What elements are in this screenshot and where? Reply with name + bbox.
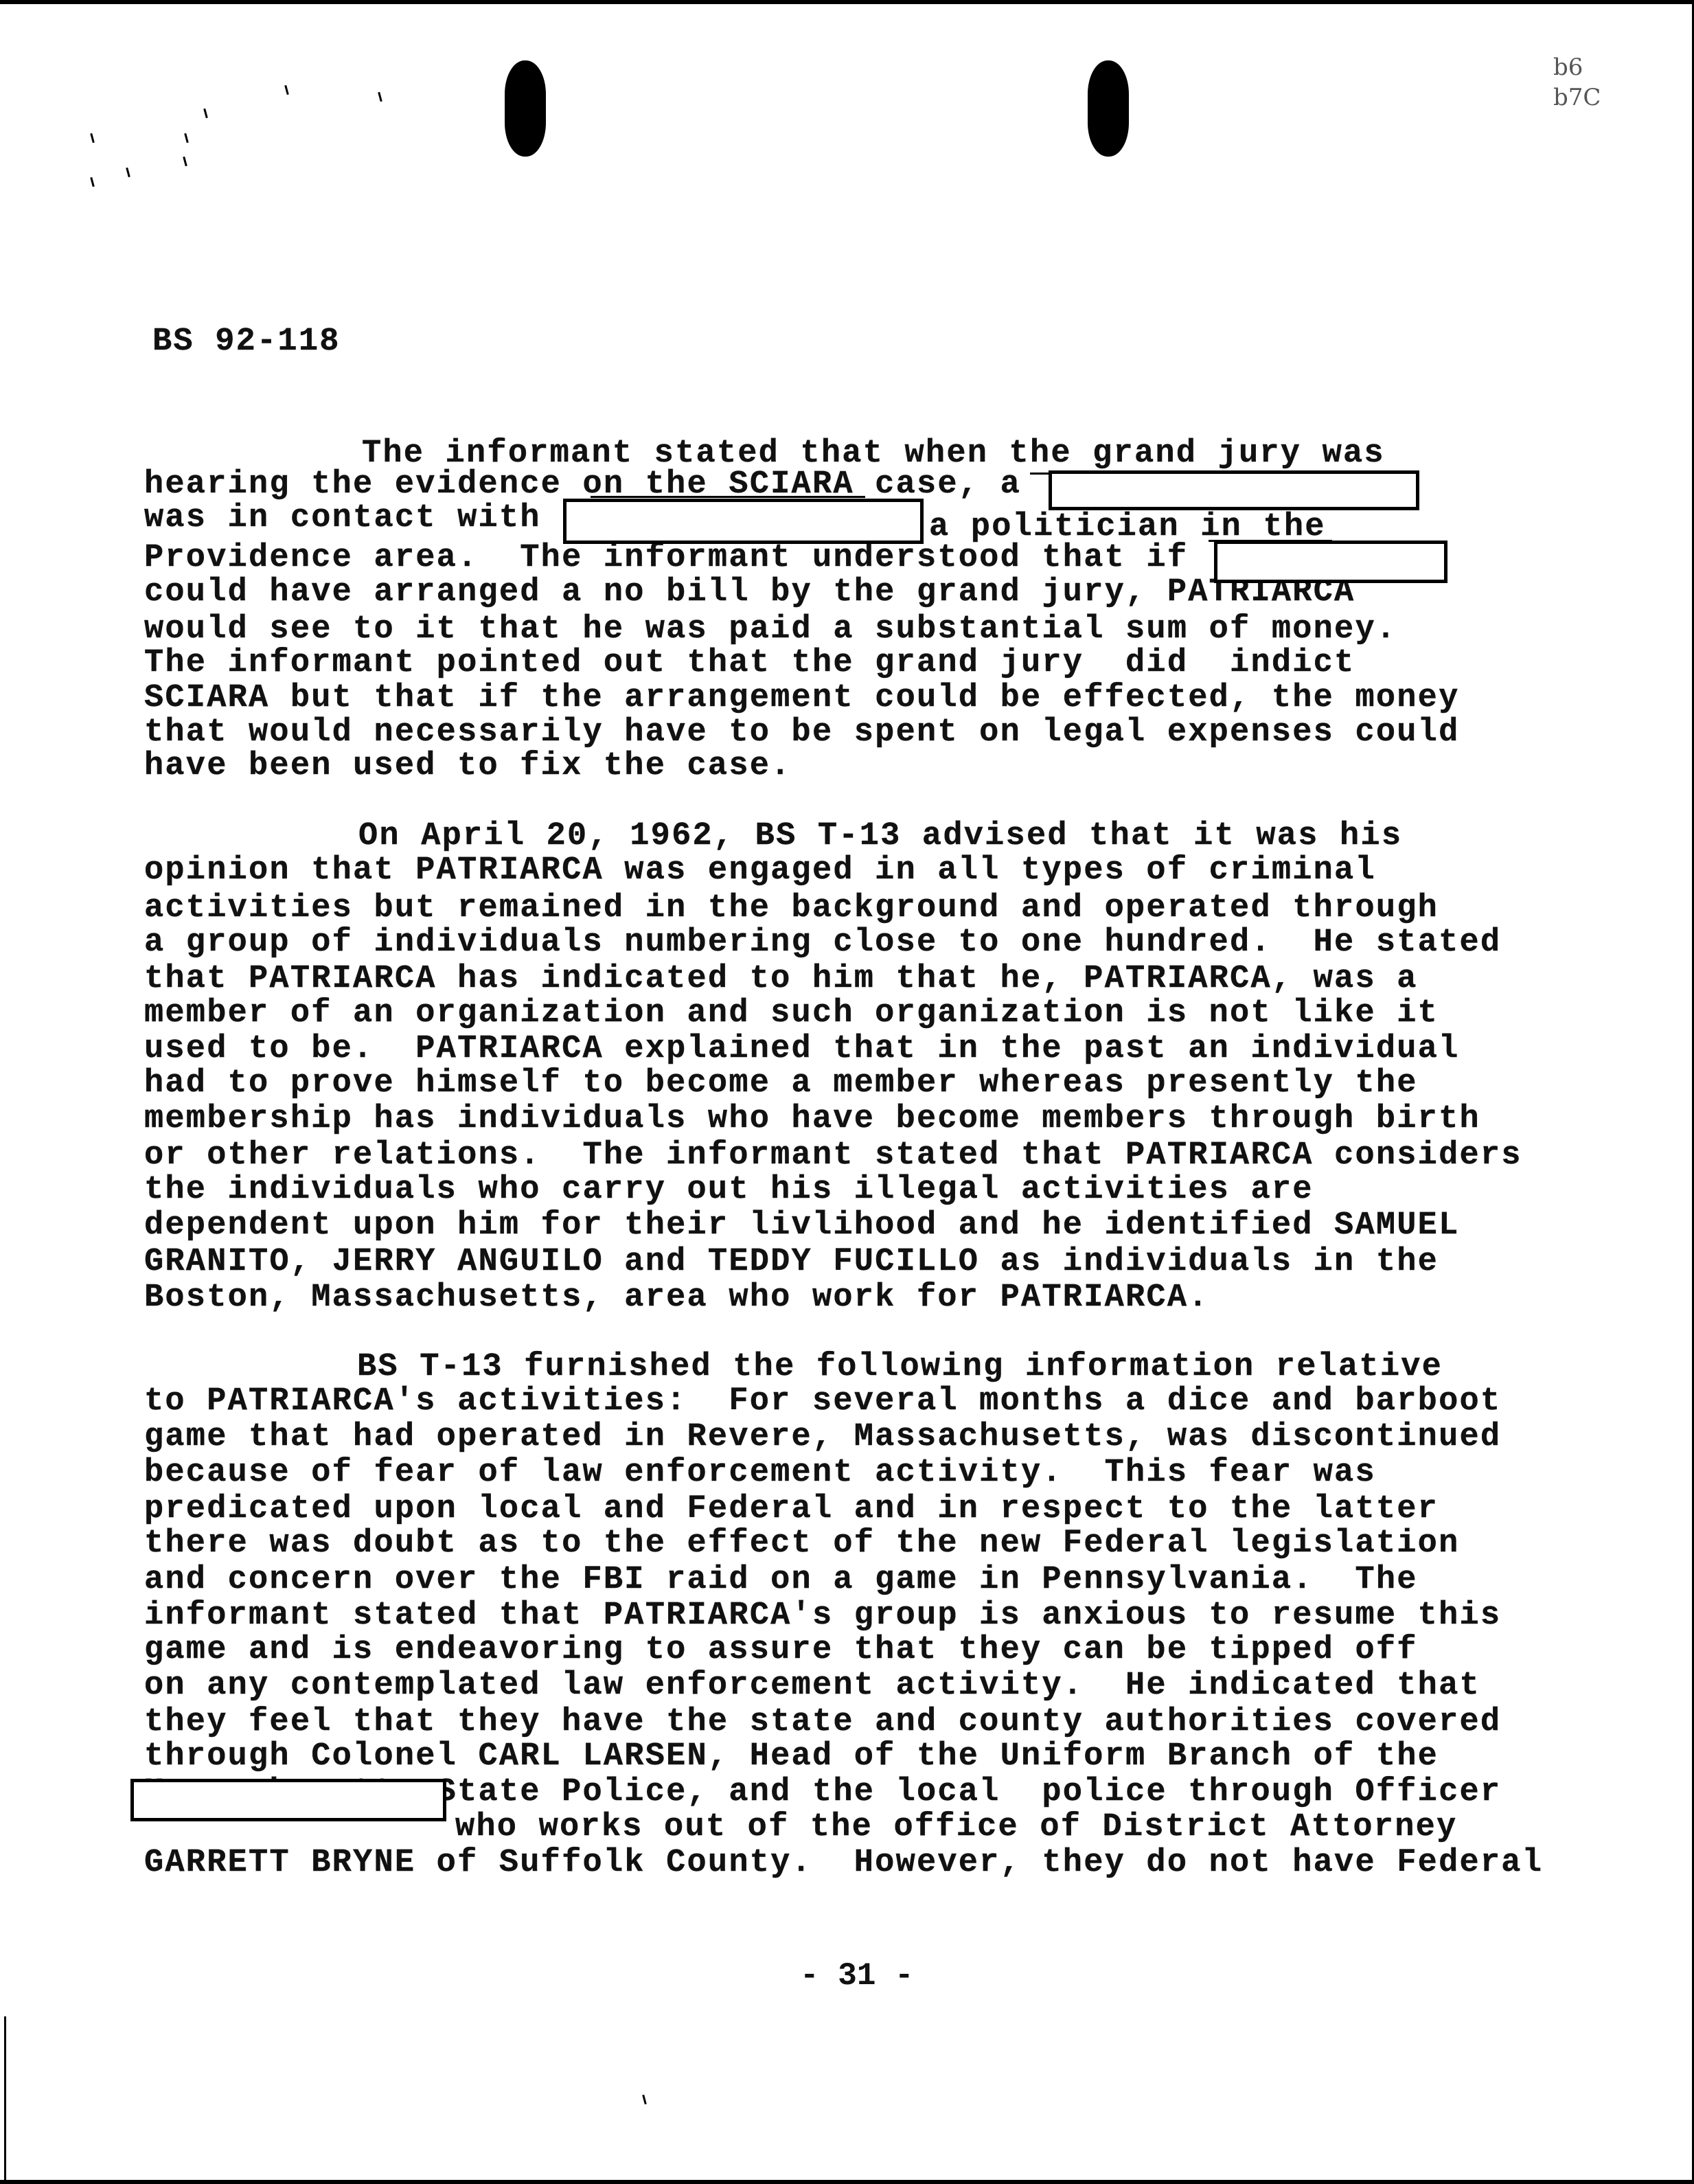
document-page: b6 b7C BS 92-118 The informant stated th… bbox=[0, 0, 1694, 2184]
text-line: have been used to fix the case. bbox=[144, 748, 792, 784]
exemption-b7c: b7C bbox=[1553, 82, 1601, 113]
text-line: member of an organization and such organ… bbox=[144, 995, 1439, 1032]
text-line: BS T-13 furnished the following informat… bbox=[357, 1349, 1443, 1385]
file-number: BS 92-118 bbox=[152, 323, 341, 360]
text-line: because of fear of law enforcement activ… bbox=[144, 1455, 1376, 1491]
text-line: who works out of the office of District … bbox=[455, 1809, 1457, 1845]
text-line: there was doubt as to the effect of the … bbox=[144, 1525, 1460, 1562]
page-number: - 31 - bbox=[800, 1958, 914, 1994]
scan-mark bbox=[284, 85, 289, 95]
redaction-3 bbox=[1214, 541, 1447, 583]
scan-mark bbox=[183, 157, 187, 166]
scan-mark bbox=[378, 92, 382, 102]
text-line: that PATRIARCA has indicated to him that… bbox=[144, 961, 1418, 997]
text-line: would see to it that he was paid a subst… bbox=[144, 611, 1397, 648]
scan-mark bbox=[90, 133, 95, 143]
text-line: through Colonel CARL LARSEN, Head of the… bbox=[144, 1738, 1439, 1775]
text-line: Providence area. The informant understoo… bbox=[144, 540, 1188, 576]
text-line: dependent upon him for their livlihood a… bbox=[144, 1207, 1460, 1244]
text-line: opinion that PATRIARCA was engaged in al… bbox=[144, 852, 1376, 889]
text-line: SCIARA but that if the arrangement could… bbox=[144, 680, 1460, 716]
exemption-codes: b6 b7C bbox=[1553, 52, 1601, 113]
text-line: informant stated that PATRIARCA's group … bbox=[144, 1597, 1501, 1634]
text-line: game and is endeavoring to assure that t… bbox=[144, 1632, 1418, 1668]
text-line: that would necessarily have to be spent … bbox=[144, 714, 1460, 751]
text-line: activities but remained in the backgroun… bbox=[144, 890, 1439, 926]
scan-mark bbox=[184, 133, 189, 143]
punch-hole-right bbox=[1088, 60, 1129, 157]
exemption-b6: b6 bbox=[1553, 52, 1601, 82]
page-edge-mark bbox=[4, 2016, 6, 2181]
text-line: membership has individuals who have beco… bbox=[144, 1101, 1480, 1137]
text-line: to PATRIARCA's activities: For several m… bbox=[144, 1383, 1501, 1420]
redaction-4 bbox=[130, 1779, 446, 1821]
punch-hole-left bbox=[505, 60, 546, 157]
text-line: on any contemplated law enforcement acti… bbox=[144, 1668, 1480, 1704]
text-line: GRANITO, JERRY ANGUILO and TEDDY FUCILLO… bbox=[144, 1244, 1439, 1280]
text-line: hearing the evidence on the SCIARA case,… bbox=[144, 466, 1021, 503]
text-line: used to be. PATRIARCA explained that in … bbox=[144, 1031, 1460, 1067]
text-line: or other relations. The informant stated… bbox=[144, 1137, 1522, 1174]
redaction-2 bbox=[563, 499, 924, 544]
text-line: the individuals who carry out his illega… bbox=[144, 1172, 1314, 1208]
scan-mark bbox=[90, 177, 95, 187]
text-line: On April 20, 1962, BS T-13 advised that … bbox=[358, 818, 1402, 854]
scan-mark bbox=[642, 2095, 647, 2104]
redaction-1 bbox=[1049, 470, 1419, 510]
underline-sciara bbox=[591, 496, 865, 498]
text-line: had to prove himself to become a member … bbox=[144, 1065, 1418, 1102]
text-line: game that had operated in Revere, Massac… bbox=[144, 1419, 1501, 1455]
text-line: GARRETT BRYNE of Suffolk County. However… bbox=[144, 1845, 1543, 1881]
text-line: predicated upon local and Federal and in… bbox=[144, 1491, 1439, 1527]
text-line: The informant pointed out that the grand… bbox=[144, 645, 1355, 681]
scan-mark bbox=[203, 109, 208, 118]
text-line: a group of individuals numbering close t… bbox=[144, 924, 1501, 961]
text-line: they feel that they have the state and c… bbox=[144, 1704, 1501, 1740]
text-line: could have arranged a no bill by the gra… bbox=[144, 574, 1355, 611]
scan-mark bbox=[126, 168, 130, 177]
text-line: Boston, Massachusetts, area who work for… bbox=[144, 1279, 1209, 1316]
text-line: and concern over the FBI raid on a game … bbox=[144, 1562, 1418, 1598]
text-line: was in contact with bbox=[144, 500, 541, 536]
